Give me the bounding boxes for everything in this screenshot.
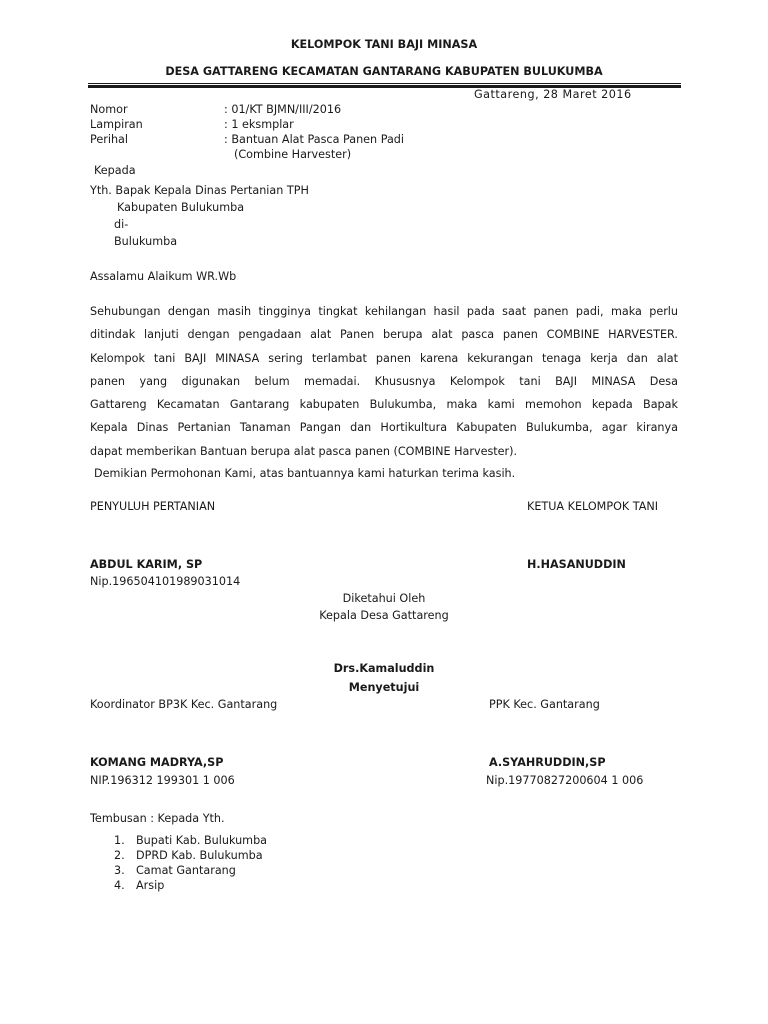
ppk-name: A.SYAHRUDDIN,SP — [489, 756, 606, 769]
village-head-name: Drs.Kamaluddin — [234, 662, 534, 675]
recipient-line4: Bulukumba — [114, 235, 177, 248]
body-line: dapat memberikan Bantuan berupa alat pas… — [90, 440, 678, 463]
known-by-label: Diketahui Oleh — [234, 592, 534, 605]
meta-value-nomor: : 01/KT BJMN/III/2016 — [224, 103, 341, 116]
closing-text: Demikian Permohonan Kami, atas bantuanny… — [94, 467, 515, 480]
body-paragraph: Sehubungan dengan masih tingginya tingka… — [90, 300, 678, 463]
signature-left-name: ABDUL KARIM, SP — [90, 558, 202, 571]
village-head-title: Kepala Desa Gattareng — [234, 609, 534, 622]
meta-value-lampiran: : 1 eksmplar — [224, 118, 294, 131]
body-line: ditindak lanjuti dengan pengadaan alat P… — [90, 323, 678, 346]
meta-label-lampiran: Lampiran — [90, 118, 143, 131]
meta-value-perihal-cont: (Combine Harvester) — [234, 148, 351, 161]
cc-item-number: 1. — [114, 834, 125, 847]
body-line: Gattareng Kecamatan Gantarang kabupaten … — [90, 393, 678, 416]
cc-item-number: 4. — [114, 879, 125, 892]
signature-right-title: KETUA KELOMPOK TANI — [527, 500, 658, 513]
approved-label: Menyetujui — [234, 681, 534, 694]
cc-item-number: 3. — [114, 864, 125, 877]
signature-left-nip: Nip.196504101989031014 — [90, 575, 240, 588]
cc-item-text: Bupati Kab. Bulukumba — [136, 834, 267, 847]
cc-item-text: Camat Gantarang — [136, 864, 236, 877]
coordinator-name: KOMANG MADRYA,SP — [90, 756, 223, 769]
recipient-kepada: Kepada — [94, 164, 136, 177]
meta-label-perihal: Perihal — [90, 133, 128, 146]
coordinator-nip: NIP.196312 199301 1 006 — [90, 774, 235, 787]
recipient-line3: di- — [114, 218, 128, 231]
signature-right-name: H.HASANUDDIN — [527, 558, 626, 571]
body-line: Kepala Dinas Pertanian Tanaman Pangan da… — [90, 416, 678, 439]
body-line: panen yang digunakan belum memadai. Khus… — [90, 370, 678, 393]
signature-left-title: PENYULUH PERTANIAN — [90, 500, 215, 513]
cc-item-text: DPRD Kab. Bulukumba — [136, 849, 263, 862]
letterhead-rule-thin — [88, 83, 681, 84]
meta-label-nomor: Nomor — [90, 103, 128, 116]
cc-item-text: Arsip — [136, 879, 164, 892]
letterhead-address: DESA GATTARENG KECAMATAN GANTARANG KABUP… — [0, 65, 768, 78]
recipient-line2: Kabupaten Bulukumba — [117, 201, 244, 214]
body-line: Sehubungan dengan masih tingginya tingka… — [90, 300, 678, 323]
cc-item-number: 2. — [114, 849, 125, 862]
body-line: Kelompok tani BAJI MINASA sering terlamb… — [90, 347, 678, 370]
letterhead-org-name: KELOMPOK TANI BAJI MINASA — [0, 38, 768, 51]
meta-value-perihal: : Bantuan Alat Pasca Panen Padi — [224, 133, 404, 146]
ppk-nip: Nip.19770827200604 1 006 — [486, 774, 643, 787]
ppk-title: PPK Kec. Gantarang — [489, 698, 600, 711]
recipient-line1: Yth. Bapak Kepala Dinas Pertanian TPH — [90, 184, 309, 197]
coordinator-title: Koordinator BP3K Kec. Gantarang — [90, 698, 277, 711]
letter-date: Gattareng, 28 Maret 2016 — [474, 88, 632, 101]
greeting: Assalamu Alaikum WR.Wb — [90, 270, 236, 283]
cc-heading: Tembusan : Kepada Yth. — [90, 812, 225, 825]
